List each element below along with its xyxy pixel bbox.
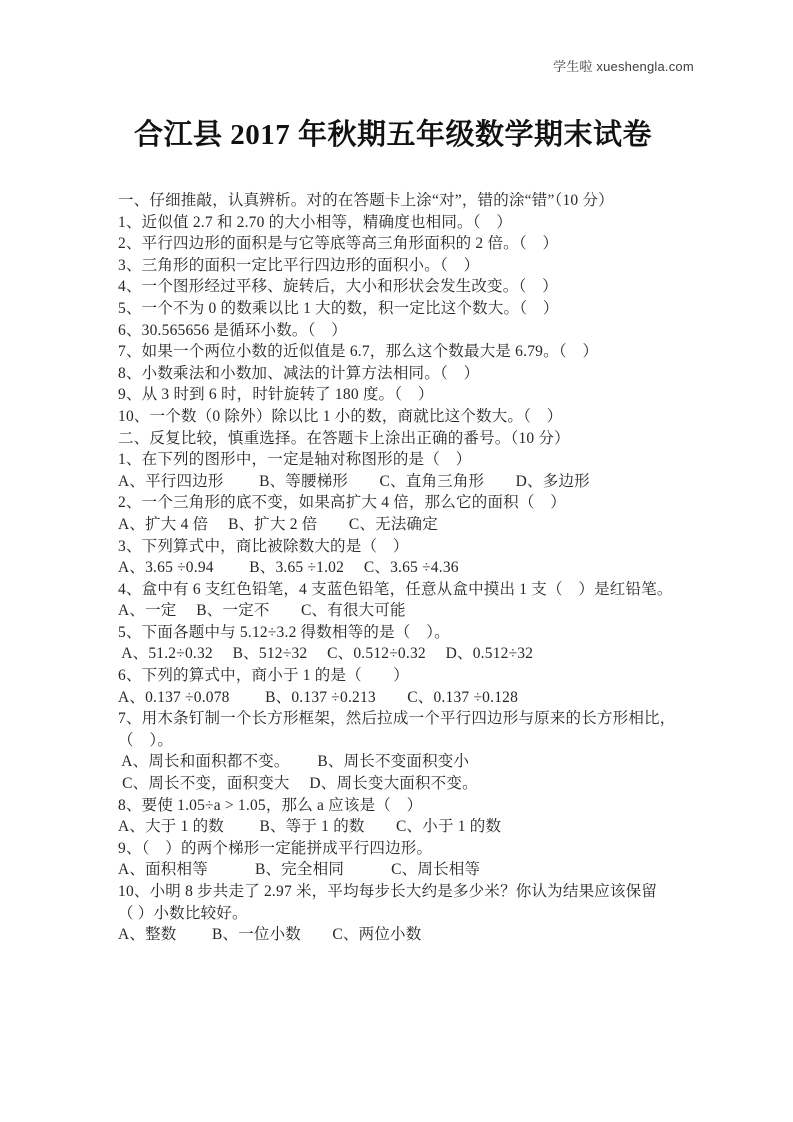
exam-page: 学生啦 xueshengla.com 合江县 2017 年秋期五年级数学期末试卷… [0, 0, 793, 1122]
exam-line: 9、（ ）的两个梯形一定能拼成平行四边形。 [118, 838, 758, 860]
exam-line: A、51.2÷0.32 B、512÷32 C、0.512÷0.32 D、0.51… [118, 643, 758, 665]
exam-line: 8、小数乘法和小数加、减法的计算方法相同。（ ） [118, 363, 758, 385]
exam-line: A、扩大 4 倍 B、扩大 2 倍 C、无法确定 [118, 514, 758, 536]
exam-line: 5、一个不为 0 的数乘以比 1 大的数，积一定比这个数大。（ ） [118, 298, 758, 320]
exam-line: 2、平行四边形的面积是与它等底等高三角形面积的 2 倍。（ ） [118, 233, 758, 255]
exam-body: 一、仔细推敲，认真辨析。对的在答题卡上涂“对”，错的涂“错”（10 分）1、近似… [118, 190, 758, 946]
exam-line: A、整数 B、一位小数 C、两位小数 [118, 924, 758, 946]
exam-line: A、一定 B、一定不 C、有很大可能 [118, 600, 758, 622]
exam-line: （ ）。 [118, 730, 758, 752]
exam-line: 10、一个数（0 除外）除以比 1 小的数，商就比这个数大。（ ） [118, 406, 758, 428]
exam-line: 1、近似值 2.7 和 2.70 的大小相等，精确度也相同。（ ） [118, 212, 758, 234]
exam-line: A、面积相等 B、完全相同 C、周长相等 [118, 859, 758, 881]
exam-line: A、周长和面积都不变。 B、周长不变面积变小 [118, 751, 758, 773]
exam-line: 3、下列算式中，商比被除数大的是（ ） [118, 536, 758, 558]
exam-line: （ ）小数比较好。 [118, 903, 758, 925]
exam-line: 7、如果一个两位小数的近似值是 6.7，那么这个数最大是 6.79。（ ） [118, 341, 758, 363]
section-heading: 一、仔细推敲，认真辨析。对的在答题卡上涂“对”，错的涂“错”（10 分） [118, 190, 758, 212]
exam-line: 4、盒中有 6 支红色铅笔，4 支蓝色铅笔，任意从盒中摸出 1 支（ ）是红铅笔… [118, 579, 758, 601]
section-heading: 二、反复比较，慎重选择。在答题卡上涂出正确的番号。（10 分） [118, 428, 758, 450]
exam-line: 4、一个图形经过平移、旋转后，大小和形状会发生改变。（ ） [118, 276, 758, 298]
exam-line: C、周长不变，面积变大 D、周长变大面积不变。 [118, 773, 758, 795]
exam-line: A、0.137 ÷0.078 B、0.137 ÷0.213 C、0.137 ÷0… [118, 687, 758, 709]
site-watermark: 学生啦 xueshengla.com [553, 56, 783, 75]
exam-line: A、大于 1 的数 B、等于 1 的数 C、小于 1 的数 [118, 816, 758, 838]
exam-line: 5、下面各题中与 5.12÷3.2 得数相等的是（ ）。 [118, 622, 758, 644]
exam-line: 8、要使 1.05÷a > 1.05，那么 a 应该是（ ） [118, 795, 758, 817]
exam-line: 9、从 3 时到 6 时，时针旋转了 180 度。（ ） [118, 384, 758, 406]
exam-line: 6、下列的算式中，商小于 1 的是（ ） [118, 665, 758, 687]
exam-line: A、平行四边形 B、等腰梯形 C、直角三角形 D、多边形 [118, 471, 758, 493]
exam-line: A、3.65 ÷0.94 B、3.65 ÷1.02 C、3.65 ÷4.36 [118, 557, 758, 579]
exam-line: 6、30.565656 是循环小数。（ ） [118, 320, 758, 342]
exam-line: 1、在下列的图形中，一定是轴对称图形的是（ ） [118, 449, 758, 471]
exam-line: 2、一个三角形的底不变，如果高扩大 4 倍，那么它的面积（ ） [118, 492, 758, 514]
page-title: 合江县 2017 年秋期五年级数学期末试卷 [110, 112, 676, 153]
exam-line: 7、用木条钉制一个长方形框架，然后拉成一个平行四边形与原来的长方形相比， [118, 708, 758, 730]
exam-line: 10、小明 8 步共走了 2.97 米，平均每步长大约是多少米？你认为结果应该保… [118, 881, 758, 903]
exam-line: 3、三角形的面积一定比平行四边形的面积小。（ ） [118, 255, 758, 277]
